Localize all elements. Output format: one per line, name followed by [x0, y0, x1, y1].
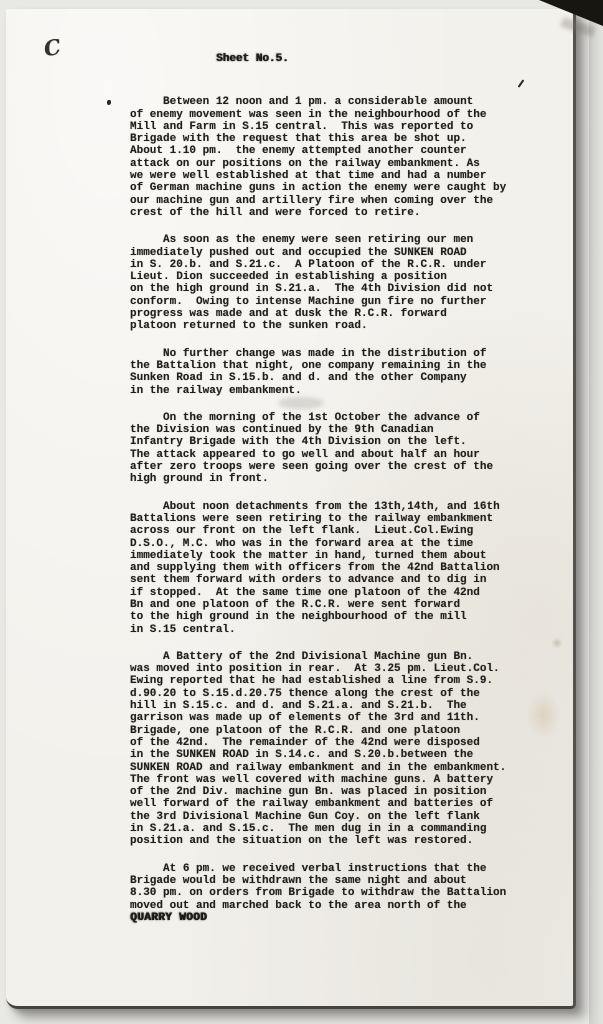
- paragraph-sunken-road-occupied: As soon as the enemy were seen retiring …: [130, 234, 530, 332]
- paragraph-noon-counter-attack: Between 12 noon and 1 pm. a considerable…: [130, 96, 530, 219]
- paragraph-battery-positions: A Battery of the 2nd Divisional Machine …: [130, 651, 530, 848]
- quarry-wood-label: QUARRY WOOD: [130, 912, 207, 924]
- typewritten-text-block: Sheet No.5. Between 12 noon and 1 pm. a …: [130, 53, 530, 924]
- withdrawal-text: At 6 pm. we received verbal instructions…: [130, 863, 506, 912]
- paragraph-noon-detachments: About noon detachments from the 13th,14t…: [130, 501, 530, 636]
- paragraph-first-october-advance: On the morning of the 1st October the ad…: [130, 412, 530, 486]
- paragraph-withdrawal: At 6 pm. we received verbal instructions…: [130, 863, 530, 924]
- document-page: C Sheet No.5. Between 12 noon and 1 pm. …: [6, 9, 576, 1009]
- sheet-number-heading: Sheet No.5.: [216, 53, 530, 65]
- paper-stain: [526, 691, 560, 739]
- scan-backdrop: [589, 0, 603, 1024]
- paper-stain-small: [551, 637, 563, 649]
- paragraph-no-further-change: No further change was made in the distri…: [130, 348, 530, 397]
- handwritten-c-mark: C: [42, 34, 63, 62]
- ink-dot: [107, 100, 111, 105]
